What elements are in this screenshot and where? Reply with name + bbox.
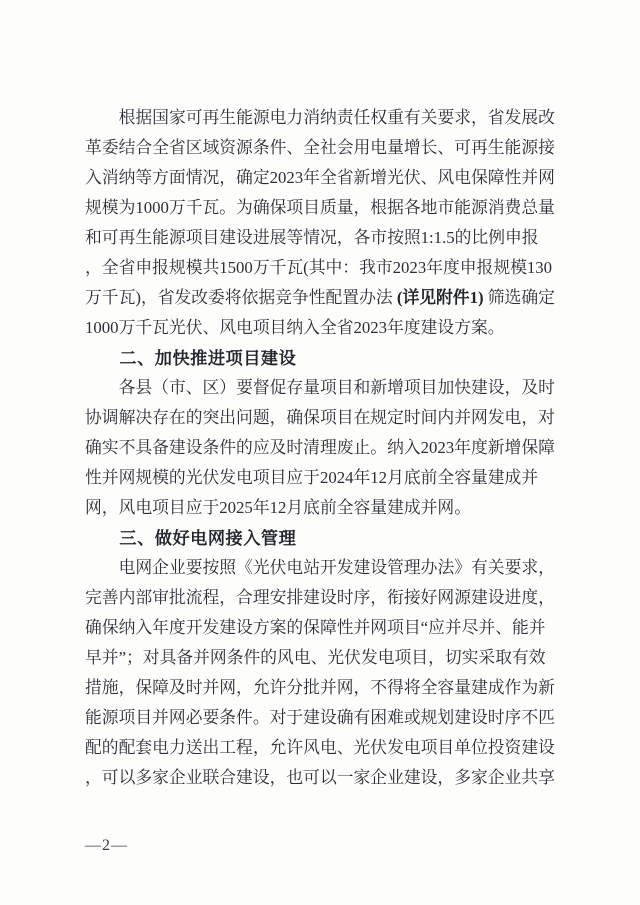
paragraph-allocation-scale: 根据国家可再生能源电力消纳责任权重有关要求，省发展改 革委结合全省区域资源条件、… xyxy=(85,103,559,343)
page-number: —2— xyxy=(85,836,128,856)
document-text-block: 根据国家可再生能源电力消纳责任权重有关要求，省发展改 革委结合全省区域资源条件、… xyxy=(85,103,559,793)
section-heading-2-accelerate-construction: 二、加快推进项目建设 xyxy=(85,343,559,373)
paragraph-allocation-scale-text: 根据国家可再生能源电力消纳责任权重有关要求，省发展改 革委结合全省区域资源条件、… xyxy=(85,108,555,307)
document-page: 根据国家可再生能源电力消纳责任权重有关要求，省发展改 革委结合全省区域资源条件、… xyxy=(0,0,640,905)
paragraph-grid-access-management: 电网企业要按照《光伏电站开发建设管理办法》有关要求， 完善内部审批流程，合理安排… xyxy=(85,553,559,793)
paragraph-project-construction: 各县（市、区）要督促存量项目和新增项目加快建设，及时 协调解决存在的突出问题，确… xyxy=(85,373,559,523)
attachment-reference-bold: (详见附件1) xyxy=(397,288,484,307)
section-heading-3-grid-access: 三、做好电网接入管理 xyxy=(85,523,559,553)
